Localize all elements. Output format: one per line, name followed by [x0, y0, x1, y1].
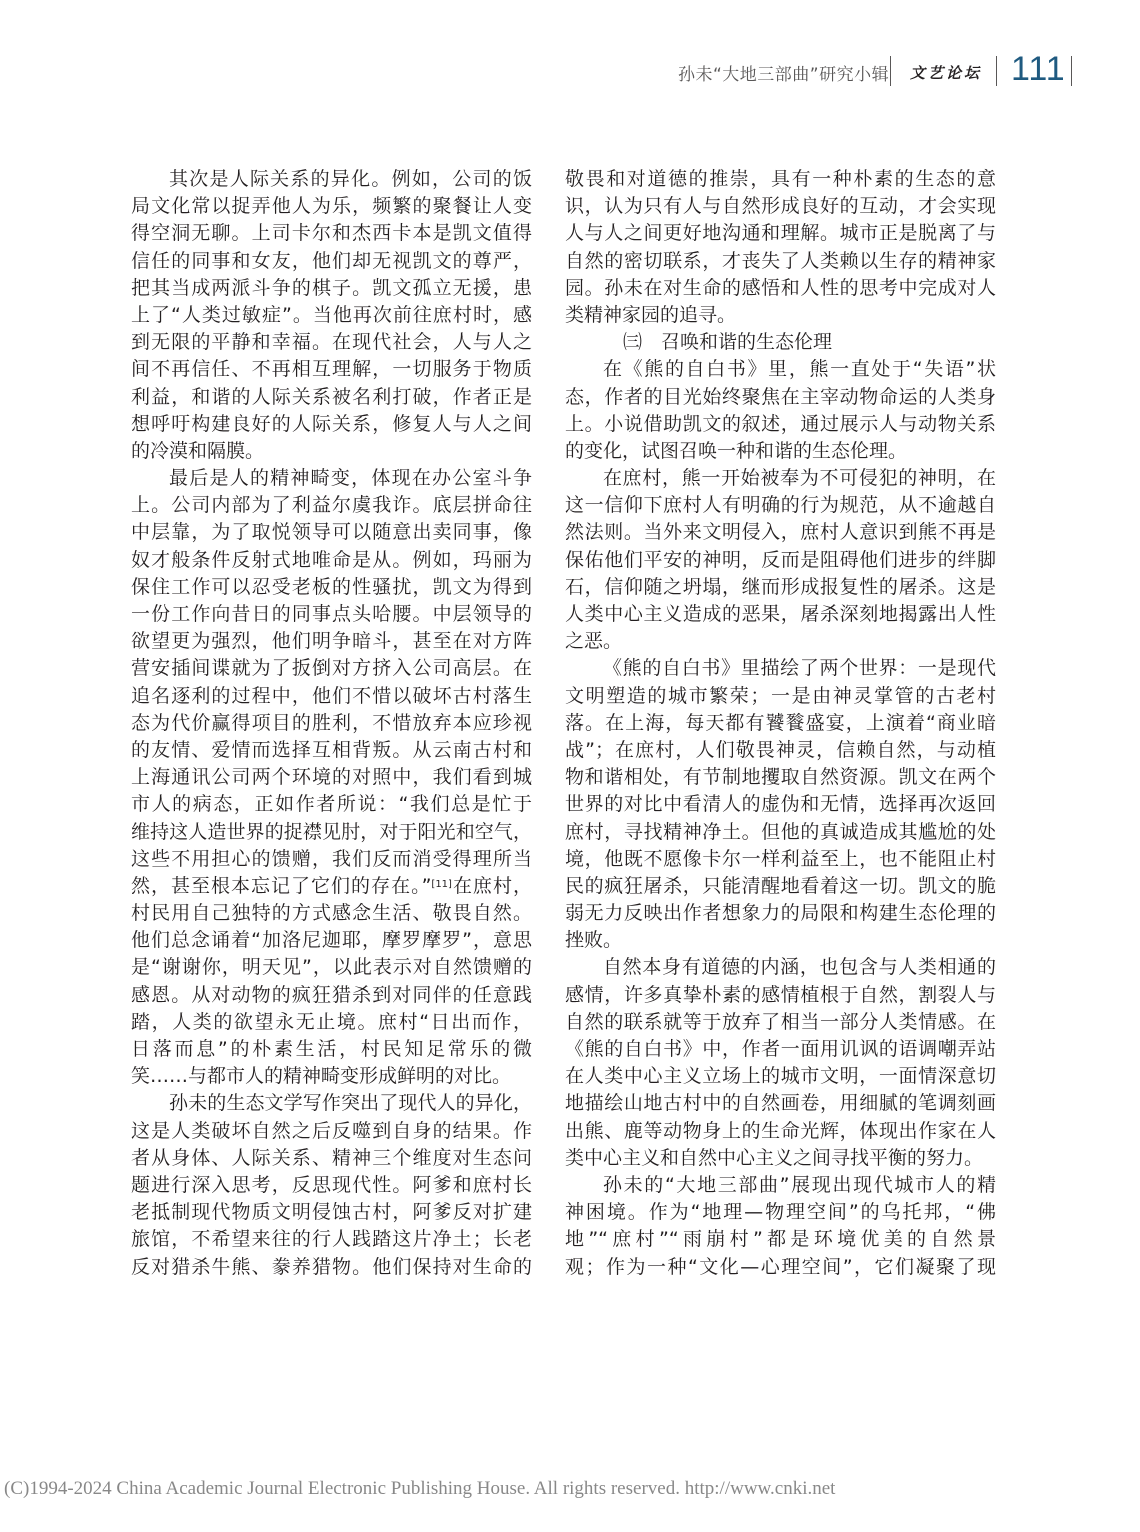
text-line: 笑……与都市人的精神畸变形成鲜明的对比。: [131, 1063, 532, 1090]
text-line: 民的疯狂屠杀，只能清醒地看着这一切。凯文的脆: [565, 873, 996, 900]
text-line: 地”“庶村”“雨崩村”都是环境优美的自然景: [565, 1226, 996, 1253]
text-line: 这些不用担心的馈赠，我们反而消受得理所当: [131, 846, 532, 873]
text-line: 人类中心主义造成的恶果，屠杀深刻地揭露出人性: [565, 601, 996, 628]
text-line: 之恶。: [565, 628, 996, 655]
text-line: 物和谐相处，有节制地攫取自然资源。凯文在两个: [565, 764, 996, 791]
text-line: 世界的对比中看清人的虚伪和无情，选择再次返回: [565, 791, 996, 818]
text-line: 态，作者的目光始终聚焦在主宰动物命运的人类身: [565, 384, 996, 411]
text-line: 间不再信任、不再相互理解，一切服务于物质: [131, 356, 532, 383]
text-line: 的冷漠和隔膜。: [131, 438, 532, 465]
page-number: 111: [1011, 50, 1066, 89]
text-line: 战”；在庶村，人们敬畏神灵，信赖自然，与动植: [565, 737, 996, 764]
text-line: 神困境。作为“地理—物理空间”的乌托邦，“佛: [565, 1199, 996, 1226]
text-line: 落。在上海，每天都有饕餮盛宴，上演着“商业暗: [565, 710, 996, 737]
quote-text: 然，甚至根本忘记了它们的存在。”: [131, 875, 431, 897]
text-line: 反对猎杀牛熊、豢养猎物。他们保持对生命的: [131, 1254, 532, 1281]
text-line: 然，甚至根本忘记了它们的存在。”[11]在庶村，: [131, 873, 532, 900]
text-line: 态为代价赢得项目的胜利，不惜放弃本应珍视: [131, 710, 532, 737]
text-line: 孙未的生态文学写作突出了现代人的异化，: [131, 1090, 532, 1117]
text-line: 识，认为只有人与自然形成良好的互动，才会实现: [565, 193, 996, 220]
text-line: 最后是人的精神畸变，体现在办公室斗争: [131, 465, 532, 492]
text-line: 踏，人类的欲望永无止境。庶村“日出而作，: [131, 1009, 532, 1036]
text-line: 感恩。从对动物的疯狂猎杀到对同伴的任意践: [131, 982, 532, 1009]
text-line: 其次是人际关系的异化。例如，公司的饭: [131, 166, 532, 193]
text-line: 得空洞无聊。上司卡尔和杰西卡本是凯文值得: [131, 220, 532, 247]
text-line: 上了“人类过敏症”。当他再次前往庶村时，感: [131, 302, 532, 329]
text-line: 中层靠，为了取悦领导可以随意出卖同事，像: [131, 519, 532, 546]
text-line: 孙未的“大地三部曲”展现出现代城市人的精: [565, 1172, 996, 1199]
text-line: 地描绘山地古村中的自然画卷，用细腻的笔调刻画: [565, 1090, 996, 1117]
text-line: 感情，许多真挚朴素的感情植根于自然，割裂人与: [565, 982, 996, 1009]
text-line: 者从身体、人际关系、精神三个维度对生态问: [131, 1145, 532, 1172]
header-divider: [890, 56, 891, 86]
text-line: 挫败。: [565, 927, 996, 954]
text-line: 是“谢谢你，明天见”，以此表示对自然馈赠的: [131, 954, 532, 981]
text-line: 一份工作向昔日的同事点头哈腰。中层领导的: [131, 601, 532, 628]
citation-marker: [11]: [431, 879, 452, 890]
text-line: 保佑他们平安的神明，反而是阻碍他们进步的绊脚: [565, 547, 996, 574]
text-line: 出熊、鹿等动物身上的生命光辉，体现出作家在人: [565, 1118, 996, 1145]
text-line: 营安插间谍就为了扳倒对方挤入公司高层。在: [131, 655, 532, 682]
text-line: 这一信仰下庶村人有明确的行为规范，从不逾越自: [565, 492, 996, 519]
text-line: 在庶村，熊一开始被奉为不可侵犯的神明，在: [565, 465, 996, 492]
text-line: 题进行深入思考，反思现代性。阿爹和庶村长: [131, 1172, 532, 1199]
text-line: 上海通讯公司两个环境的对照中，我们看到城: [131, 764, 532, 791]
text-line: 想呼吁构建良好的人际关系，修复人与人之间: [131, 411, 532, 438]
text-line: 然法则。当外来文明侵入，庶村人意识到熊不再是: [565, 519, 996, 546]
text-line: 境，他既不愿像卡尔一样利益至上，也不能阻止村: [565, 846, 996, 873]
text-line: 上。小说借助凯文的叙述，通过展示人与动物关系: [565, 411, 996, 438]
text-line: 《熊的自白书》里描绘了两个世界：一是现代: [565, 655, 996, 682]
text-line: 市人的病态，正如作者所说：“我们总是忙于: [131, 791, 532, 818]
text-line: 到无限的平静和幸福。在现代社会，人与人之: [131, 329, 532, 356]
text-line: 老抵制现代物质文明侵蚀古村，阿爹反对扩建: [131, 1199, 532, 1226]
text-line: 观；作为一种“文化—心理空间”，它们凝聚了现: [565, 1254, 996, 1281]
text-line: 自然的密切联系，才丧失了人类赖以生存的精神家: [565, 248, 996, 275]
text-line: 石，信仰随之坍塌，继而形成报复性的屠杀。这是: [565, 574, 996, 601]
text-line: 人与人之间更好地沟通和理解。城市正是脱离了与: [565, 220, 996, 247]
right-column: 敬畏和对道德的推崇，具有一种朴素的生态的意识，认为只有人与自然形成良好的互动，才…: [565, 166, 996, 1281]
page-header: 孙未“大地三部曲”研究小辑 文艺论坛 111: [0, 56, 1140, 92]
text-line: 村民用自己独特的方式感念生活、敬畏自然。: [131, 900, 532, 927]
text-line: 欲望更为强烈，他们明争暗斗，甚至在对方阵: [131, 628, 532, 655]
text-line: 把其当成两派斗争的棋子。凯文孤立无援，患: [131, 275, 532, 302]
text-line: 园。孙未在对生命的感悟和人性的思考中完成对人: [565, 275, 996, 302]
text-line: 维持这人造世界的捉襟见肘，对于阳光和空气，: [131, 819, 532, 846]
text-line: 文明塑造的城市繁荣；一是由神灵掌管的古老村: [565, 683, 996, 710]
text-continuation: 在庶村，: [452, 875, 532, 897]
text-line: 旅馆，不希望来往的行人践踏这片净土；长老: [131, 1226, 532, 1253]
text-line: 信任的同事和女友，他们却无视凯文的尊严，: [131, 248, 532, 275]
text-line: 的变化，试图召唤一种和谐的生态伦理。: [565, 438, 996, 465]
text-line: 弱无力反映出作者想象力的局限和构建生态伦理的: [565, 900, 996, 927]
text-line: 奴才般条件反射式地唯命是从。例如，玛丽为: [131, 547, 532, 574]
text-line: 庶村，寻找精神净土。但他的真诚造成其尴尬的处: [565, 819, 996, 846]
text-line: 自然的联系就等于放弃了相当一部分人类情感。在: [565, 1009, 996, 1036]
text-line: 追名逐利的过程中，他们不惜以破坏古村落生: [131, 683, 532, 710]
header-divider: [1071, 56, 1072, 86]
text-line: 类精神家园的追寻。: [565, 302, 996, 329]
text-line: 保住工作可以忍受老板的性骚扰，凯文为得到: [131, 574, 532, 601]
text-line: 在《熊的自白书》里，熊一直处于“失语”状: [565, 356, 996, 383]
header-divider: [996, 56, 997, 86]
text-line: 日落而息”的朴素生活，村民知足常乐的微: [131, 1036, 532, 1063]
text-line: 利益，和谐的人际关系被名利打破，作者正是: [131, 384, 532, 411]
text-line: 自然本身有道德的内涵，也包含与人类相通的: [565, 954, 996, 981]
text-line: 敬畏和对道德的推崇，具有一种朴素的生态的意: [565, 166, 996, 193]
text-line: 类中心主义和自然中心主义之间寻找平衡的努力。: [565, 1145, 996, 1172]
text-line: 上。公司内部为了利益尔虞我诈。底层拼命往: [131, 492, 532, 519]
text-line: 这是人类破坏自然之后反噬到自身的结果。作: [131, 1118, 532, 1145]
text-line: 局文化常以捉弄他人为乐，频繁的聚餐让人变: [131, 193, 532, 220]
text-line: 在人类中心主义立场上的城市文明，一面情深意切: [565, 1063, 996, 1090]
text-line: 他们总念诵着“加洛尼迦耶，摩罗摩罗”，意思: [131, 927, 532, 954]
section-title: 孙未“大地三部曲”研究小辑: [678, 60, 889, 85]
journal-name: 文艺论坛: [910, 62, 982, 83]
copyright-footer: (C)1994-2024 China Academic Journal Elec…: [4, 1478, 835, 1500]
left-column: 其次是人际关系的异化。例如，公司的饭局文化常以捉弄他人为乐，频繁的聚餐让人变得空…: [131, 166, 532, 1281]
section-heading: ㈢ 召唤和谐的生态伦理: [565, 329, 996, 356]
text-line: 的友情、爱情而选择互相背叛。从云南古村和: [131, 737, 532, 764]
text-line: 《熊的自白书》中，作者一面用讥讽的语调嘲弄站: [565, 1036, 996, 1063]
